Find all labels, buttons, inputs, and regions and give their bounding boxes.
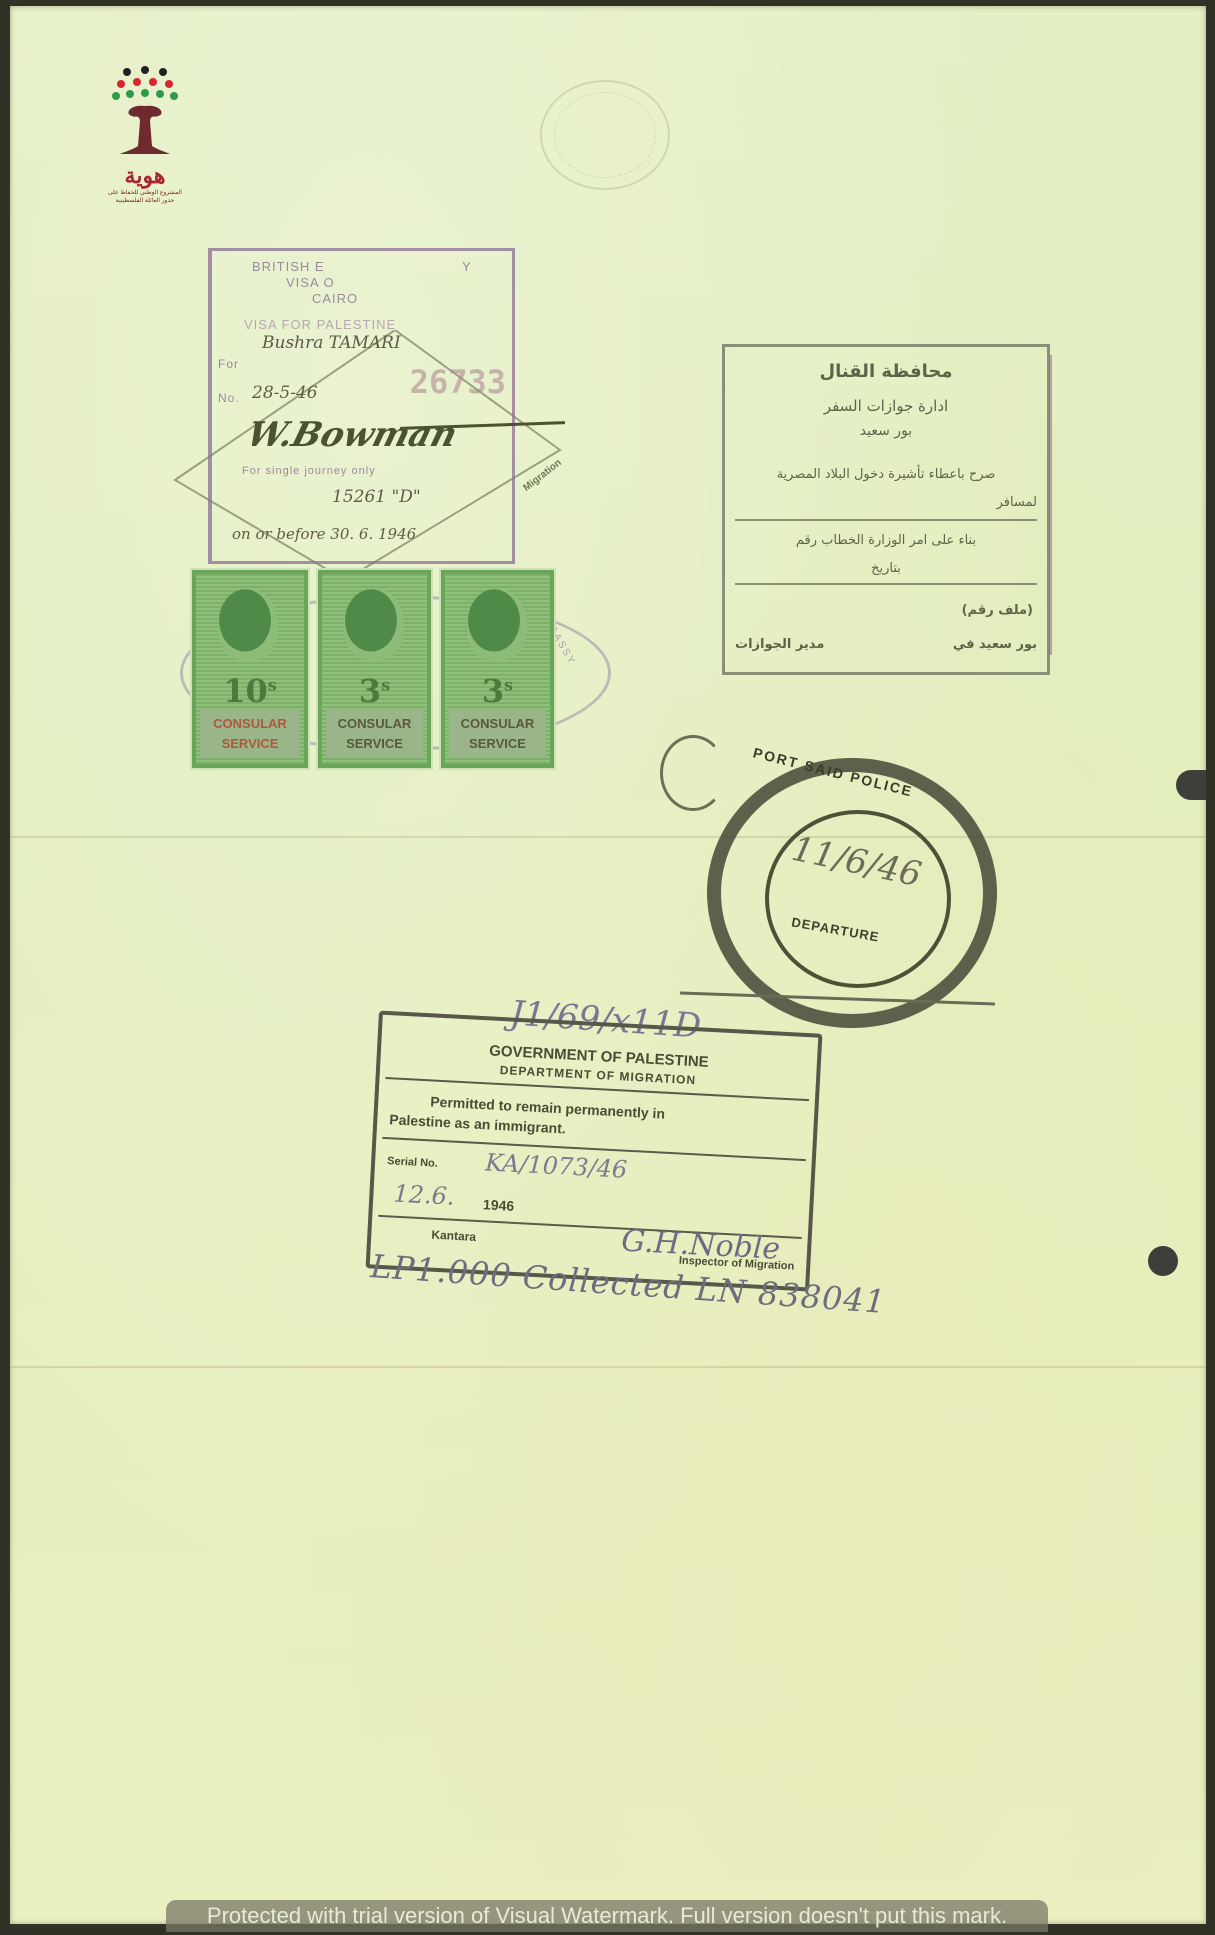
arabic-line-5: لمسافر (725, 495, 1037, 510)
port-said-passport-stamp: محافظة القنال ادارة جوازات السفر بور سعي… (722, 344, 1050, 675)
visa-reference: 15261 "D" (332, 487, 421, 507)
stamp-value: 3s (322, 672, 427, 710)
stamp-band: CONSULARSERVICE (326, 710, 423, 758)
visa-holder-name: Bushra TAMARI (262, 333, 401, 353)
consular-revenue-stamps: 10s CONSULARSERVICE 3s CONSULARSERVICE 3… (192, 570, 554, 768)
fold-line (10, 1366, 1206, 1368)
king-portrait-icon (218, 588, 278, 660)
british-visa-stamp: BRITISH E Y VISA O CAIRO VISA FOR PALEST… (208, 248, 515, 564)
revenue-stamp: 3s CONSULARSERVICE (441, 570, 554, 768)
visa-header-2: VISA O (286, 275, 335, 290)
embossed-seal (540, 80, 670, 190)
arabic-line-4: صرح باعطاء تأشيرة دخول البلاد المصرية (725, 467, 1047, 482)
visa-issue-date: 28-5-46 (252, 383, 318, 403)
handwritten-c-mark (660, 735, 726, 811)
arabic-line-6: بناء على امر الوزارة الخطاب رقم (725, 533, 1047, 548)
visa-valid-until: on or before 30. 6. 1946 (232, 525, 416, 543)
arabic-line-3: بور سعيد (725, 423, 1047, 439)
arabic-rule (735, 583, 1037, 585)
logo-tagline-1: المشروع الوطني للحفاظ على (100, 189, 190, 197)
punch-hole (1176, 770, 1206, 800)
logo-brand: هوية (100, 163, 190, 189)
fold-line (10, 836, 1206, 838)
stamp-band: CONSULARSERVICE (449, 710, 546, 758)
arabic-line-1: محافظة القنال (725, 361, 1047, 382)
visa-header-3: CAIRO (312, 291, 358, 306)
stamp-value: 3s (445, 672, 550, 710)
visa-signature: W.Bowman (243, 415, 462, 455)
stamp-value: 10s (196, 672, 304, 710)
visa-header-1b: Y (462, 259, 472, 274)
palestine-migration-stamp: GOVERNMENT OF PALESTINE DEPARTMENT OF MI… (366, 1011, 823, 1292)
visa-header-1: BRITISH E (252, 259, 325, 274)
visa-no-label: No. (218, 391, 240, 405)
arabic-line-8: (ملف رقم) (725, 603, 1033, 618)
tree-of-people-icon (110, 66, 180, 161)
revenue-stamp: 10s CONSULARSERVICE (192, 570, 308, 768)
departure-inner-ring (765, 810, 951, 988)
revenue-stamp: 3s CONSULARSERVICE (318, 570, 431, 768)
visa-single-journey: For single journey only (242, 465, 376, 477)
visa-number: 26733 (410, 363, 506, 401)
punch-hole (1148, 1246, 1178, 1276)
arabic-line-7: بتاريخ (725, 561, 1047, 576)
hawiya-logo: هوية المشروع الوطني للحفاظ على جذور العا… (100, 66, 190, 205)
visa-for-label: For (218, 357, 239, 371)
logo-tagline-2: جذور العائلة الفلسطينية (100, 197, 190, 205)
arabic-line-2: ادارة جوازات السفر (725, 397, 1047, 415)
visa-header-4: VISA FOR PALESTINE (244, 317, 396, 332)
trial-watermark-banner: Protected with trial version of Visual W… (166, 1900, 1048, 1932)
king-portrait-icon (344, 588, 404, 660)
arabic-rule (735, 519, 1037, 521)
port-said-departure-stamp: PORT SAID POLICE 11/6/46 DEPARTURE (707, 758, 997, 1028)
king-portrait-icon (467, 588, 527, 660)
passport-page (10, 6, 1206, 1924)
stamp-band: CONSULARSERVICE (200, 710, 300, 758)
arabic-line-9-left: مدير الجوازات (735, 637, 1047, 652)
